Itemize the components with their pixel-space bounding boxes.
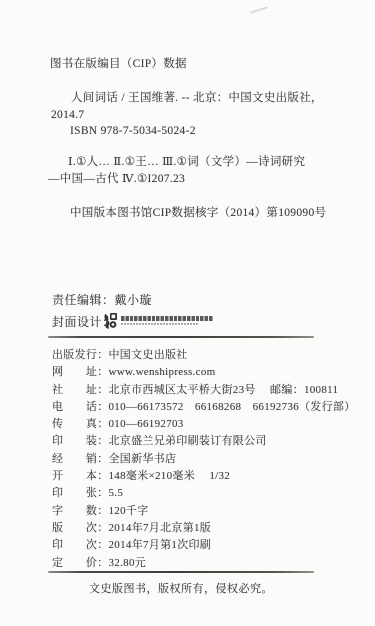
design-company-name-en xyxy=(121,323,199,326)
pub-value: 010—66173572 66168268 66192736（发行部） xyxy=(109,399,356,416)
pub-row-impression: 印 次：2014年7月第1次印刷 xyxy=(52,537,352,554)
pub-row-fax: 传 真：010—66192703 xyxy=(52,416,352,433)
pub-value: www.wenshipress.com xyxy=(109,364,216,381)
cip-subject-line-1: Ⅰ.①人… Ⅱ.①王… Ⅲ.①词（文学）—诗词研究 xyxy=(68,155,305,169)
pub-label: 版 次： xyxy=(52,520,109,537)
pub-label: 网 址： xyxy=(52,364,109,381)
pub-value: 全国新华书店 xyxy=(109,451,177,468)
editor-name: 戴小璇 xyxy=(115,293,153,307)
pub-row-format: 开 本：148毫米×210毫米 1/32 xyxy=(52,468,352,485)
editor-label: 责任编辑： xyxy=(52,293,115,307)
copyright-page: 图书在版编目（CIP）数据 人间词话 / 王国维著. -- 北京：中国文史出版社… xyxy=(0,0,375,626)
pub-value: 北京盛兰兄弟印刷装订有限公司 xyxy=(109,433,267,450)
pub-value: 北京市西城区太平桥大街23号 邮编：100811 xyxy=(109,382,339,399)
section-divider-top xyxy=(48,336,314,338)
pub-value: 5.5 xyxy=(109,485,124,502)
pub-label: 传 真： xyxy=(52,416,109,433)
pub-value: 2014年7月第1次印刷 xyxy=(109,537,212,554)
pub-label: 印 张： xyxy=(52,485,109,502)
publication-info-list: 出版发行：中国文史出版社 网 址：www.wenshipress.com 社 址… xyxy=(52,347,352,572)
pub-row-wordcount: 字 数：120千字 xyxy=(52,503,352,520)
design-company-name-cn xyxy=(121,316,213,321)
pub-label: 定 价： xyxy=(52,555,109,572)
design-company-logo-text-lines xyxy=(121,316,213,325)
cip-subject-line-2: —中国—古代 Ⅳ.①I207.23 xyxy=(48,172,185,186)
pub-value: 010—66192703 xyxy=(109,416,184,433)
editor-credit: 责任编辑：戴小璇 xyxy=(52,291,152,308)
cip-heading: 图书在版编目（CIP）数据 xyxy=(50,57,187,71)
pub-label: 印 次： xyxy=(52,537,109,554)
pub-value: 中国文史出版社 xyxy=(109,347,188,364)
pub-row-edition: 版 次：2014年7月北京第1版 xyxy=(52,520,352,537)
pub-label: 字 数： xyxy=(52,503,109,520)
scan-artifact xyxy=(250,6,268,13)
pub-label: 经 销： xyxy=(52,451,109,468)
cip-title-line: 人间词话 / 王国维著. -- 北京：中国文史出版社， xyxy=(71,91,323,105)
pub-value: 148毫米×210毫米 1/32 xyxy=(109,468,231,485)
pub-row-sheets: 印 张：5.5 xyxy=(52,485,352,502)
pub-row-distributor: 经 销：全国新华书店 xyxy=(52,451,352,468)
cip-title-line-continuation: 2014.7 xyxy=(51,108,84,122)
pub-label: 电 话： xyxy=(52,399,109,416)
pub-value: 32.80元 xyxy=(109,555,147,572)
pub-value: 2014年7月北京第1版 xyxy=(109,520,212,537)
design-company-logo-mark xyxy=(103,311,118,330)
pub-label: 社 址： xyxy=(52,382,109,399)
section-divider-bottom xyxy=(48,571,314,573)
design-company-logo xyxy=(103,311,213,330)
pub-value: 120千字 xyxy=(109,503,149,520)
pub-row-address: 社 址：北京市西城区太平桥大街23号 邮编：100811 xyxy=(52,382,352,399)
cip-isbn-line: ISBN 978-7-5034-5024-2 xyxy=(70,124,196,138)
pub-row-telephone: 电 话：010—66173572 66168268 66192736（发行部） xyxy=(52,399,352,416)
pub-row-website: 网 址：www.wenshipress.com xyxy=(52,364,352,381)
pub-label: 开 本： xyxy=(52,468,109,485)
copyright-notice: 文史版图书，版权所有，侵权必究。 xyxy=(48,580,314,596)
pub-label: 印 装： xyxy=(52,433,109,450)
pub-row-printer: 印 装：北京盛兰兄弟印刷装订有限公司 xyxy=(52,433,352,450)
pub-row-price: 定 价：32.80元 xyxy=(52,555,352,572)
pub-row-publisher: 出版发行：中国文史出版社 xyxy=(52,347,352,364)
pub-label: 出版发行： xyxy=(52,347,109,364)
cip-record-line: 中国版本图书馆CIP数据核字（2014）第109090号 xyxy=(70,206,326,220)
